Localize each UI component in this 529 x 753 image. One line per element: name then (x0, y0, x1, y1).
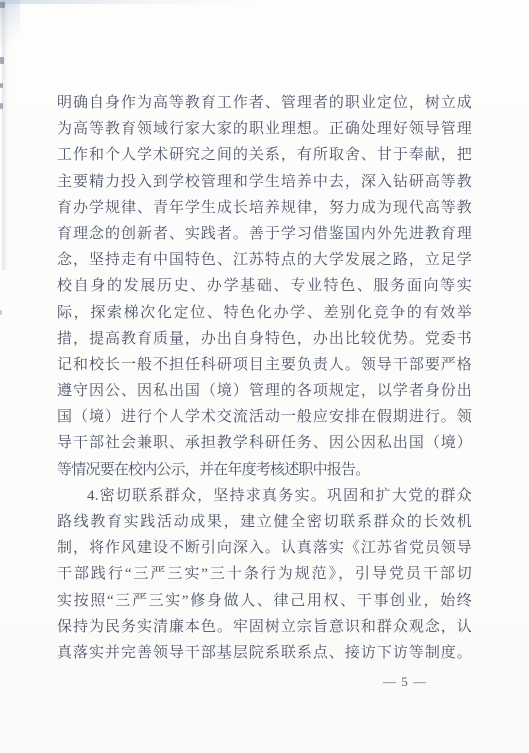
scan-speck (0, 83, 3, 88)
page-number: — 5 — (383, 674, 453, 690)
text-line: 4.密切联系群众，坚持求真务实。巩固和扩大党的群众 (57, 483, 472, 509)
text-line: 主要精力投入到学校管理和学生培养中去，深入钻研高等教 (57, 169, 472, 195)
scan-artifact-top-edge (0, 0, 260, 4)
text-line: 明确自身作为高等教育工作者、管理者的职业定位，树立成 (57, 90, 472, 116)
text-line: 干部践行“三严三实”三十条行为规范》，引导党员干部切 (57, 561, 472, 587)
text-line: 保持为民务实清廉本色。牢固树立宗旨意识和群众观念，认 (57, 614, 472, 640)
text-line: 际，探索梯次化定位、特色化办学、差别化竞争的有效举 (57, 300, 472, 326)
text-line: 育理念的创新者、实践者。善于学习借鉴国内外先进教育理 (57, 221, 472, 247)
scan-artifact-top-left-smudge (0, 0, 20, 55)
text-line: 实按照“三严三实”修身做人、律己用权、干事创业，始终 (57, 588, 472, 614)
text-line: 制，将作风建设不断引向深入。认真落实《江苏省党员领导 (57, 535, 472, 561)
text-line: 导干部社会兼职、承担教学科研任务、因公因私出国（境） (57, 430, 472, 456)
text-line: 路线教育实践活动成果，建立健全密切联系群众的长效机 (57, 509, 472, 535)
text-line: 育办学规律、青年学生成长培养规律，努力成为现代高等教 (57, 195, 472, 221)
text-line: 真落实并完善领导干部基层院系联系点、接访下访等制度。 (57, 640, 472, 666)
text-line: 工作和个人学术研究之间的关系，有所取舍、甘于奉献，把 (57, 142, 472, 168)
document-body: 明确自身作为高等教育工作者、管理者的职业定位，树立成为高等教育领域行家大家的职业… (57, 90, 472, 666)
text-line: 为高等教育领域行家大家的职业理想。正确处理好领导管理 (57, 116, 472, 142)
scan-speck (0, 103, 3, 109)
text-line: 记和校长一般不担任科研项目主要负责人。领导干部要严格 (57, 352, 472, 378)
text-line: 等情况要在校内公示，并在年度考核述职中报告。 (57, 457, 472, 483)
text-line: 遵守因公、因私出国（境）管理的各项规定，以学者身份出 (57, 378, 472, 404)
scan-artifact-left-streak (2, 0, 9, 270)
text-line: 措，提高教育质量，办出自身特色，办出比较优势。党委书 (57, 326, 472, 352)
document-page: 明确自身作为高等教育工作者、管理者的职业定位，树立成为高等教育领域行家大家的职业… (0, 0, 529, 753)
text-line: 校自身的发展历史、办学基础、专业特色、服务面向等实 (57, 273, 472, 299)
text-line: 念，坚持走有中国特色、江苏特点的大学发展之路，立足学 (57, 247, 472, 273)
text-line: 国（境）进行个人学术交流活动一般应安排在假期进行。领 (57, 404, 472, 430)
scan-speck (0, 310, 2, 315)
scan-speck (0, 2, 5, 8)
scan-speck (0, 57, 4, 64)
